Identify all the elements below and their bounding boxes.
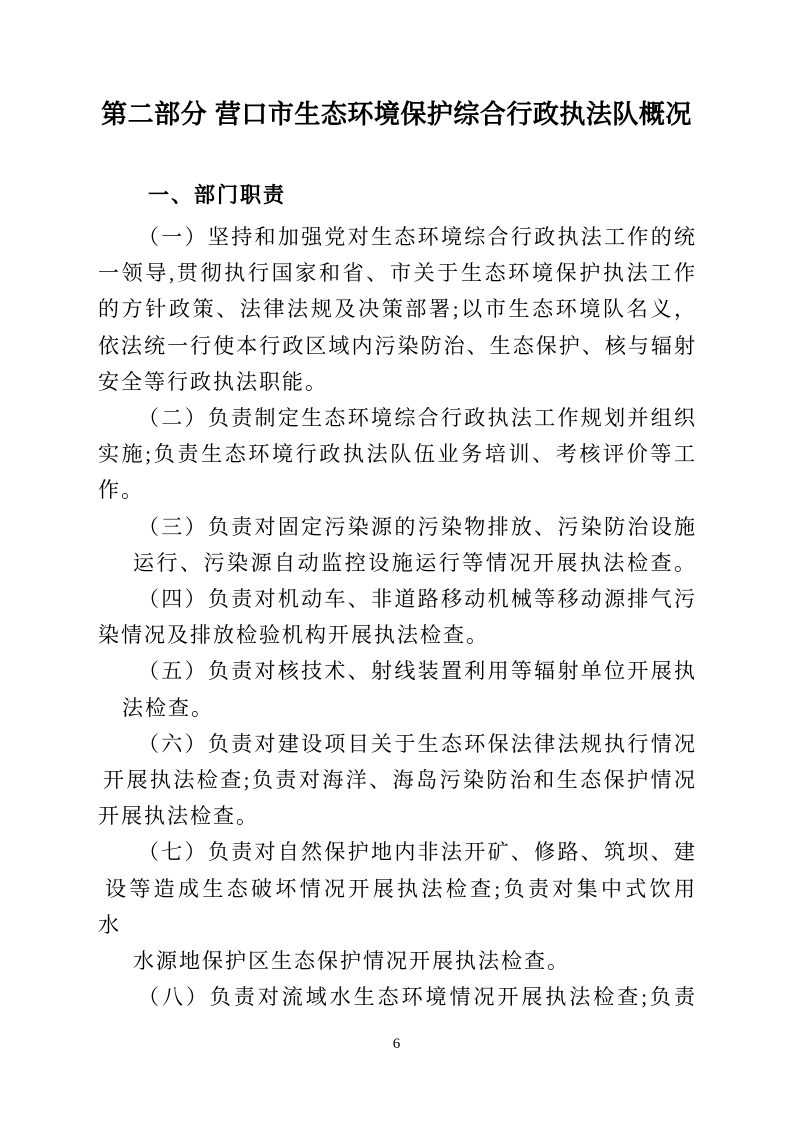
- document-page: 第二部分 营口市生态环境保护综合行政执法队概况 一、部门职责 （一）坚持和加强党…: [0, 0, 793, 1122]
- body-line: 一领导,贯彻执行国家和省、市关于生态环境保护执法工作: [98, 255, 695, 291]
- body-line: （七）负责对自然保护地内非法开矿、修路、筑坝、建: [98, 834, 695, 870]
- body-line: （三）负责对固定污染源的污染物排放、污染防治设施: [98, 509, 695, 545]
- body-line: 开展执法检查。: [98, 798, 695, 834]
- body-line: 开展执法检查;负责对海洋、海岛污染防治和生态保护情况: [98, 762, 695, 798]
- body-line: 水: [98, 907, 695, 943]
- body-line: 水源地保护区生态保护情况开展执法检查。: [98, 943, 695, 979]
- body-line: （八）负责对流域水生态环境情况开展执法检查;负责: [98, 979, 695, 1015]
- section-heading: 一、部门职责: [148, 182, 695, 210]
- body-line: （一）坚持和加强党对生态环境综合行政执法工作的统: [98, 219, 695, 255]
- body-line: 运行、污染源自动监控设施运行等情况开展执法检查。: [98, 545, 695, 581]
- body-line: 的方针政策、法律法规及决策部署;以市生态环境队名义，: [98, 291, 695, 327]
- body-line: （五）负责对核技术、射线装置利用等辐射单位开展执: [98, 653, 695, 689]
- document-title: 第二部分 营口市生态环境保护综合行政执法队概况: [98, 96, 695, 132]
- document-body: （一）坚持和加强党对生态环境综合行政执法工作的统 一领导,贯彻执行国家和省、市关…: [98, 219, 695, 1015]
- body-line: （二）负责制定生态环境综合行政执法工作规划并组织: [98, 400, 695, 436]
- body-line: 作。: [98, 472, 695, 508]
- body-line: 设等造成生态破坏情况开展执法检查;负责对集中式饮用: [98, 871, 695, 907]
- body-line: 法检查。: [98, 690, 695, 726]
- body-line: 实施;负责生态环境行政执法队伍业务培训、考核评价等工: [98, 436, 695, 472]
- body-line: 依法统一行使本行政区域内污染防治、生态保护、核与辐射: [98, 328, 695, 364]
- body-line: （四）负责对机动车、非道路移动机械等移动源排气污: [98, 581, 695, 617]
- body-line: 染情况及排放检验机构开展执法检查。: [98, 617, 695, 653]
- body-line: 安全等行政执法职能。: [98, 364, 695, 400]
- page-number: 6: [0, 1036, 793, 1053]
- body-line: （六）负责对建设项目关于生态环保法律法规执行情况: [98, 726, 695, 762]
